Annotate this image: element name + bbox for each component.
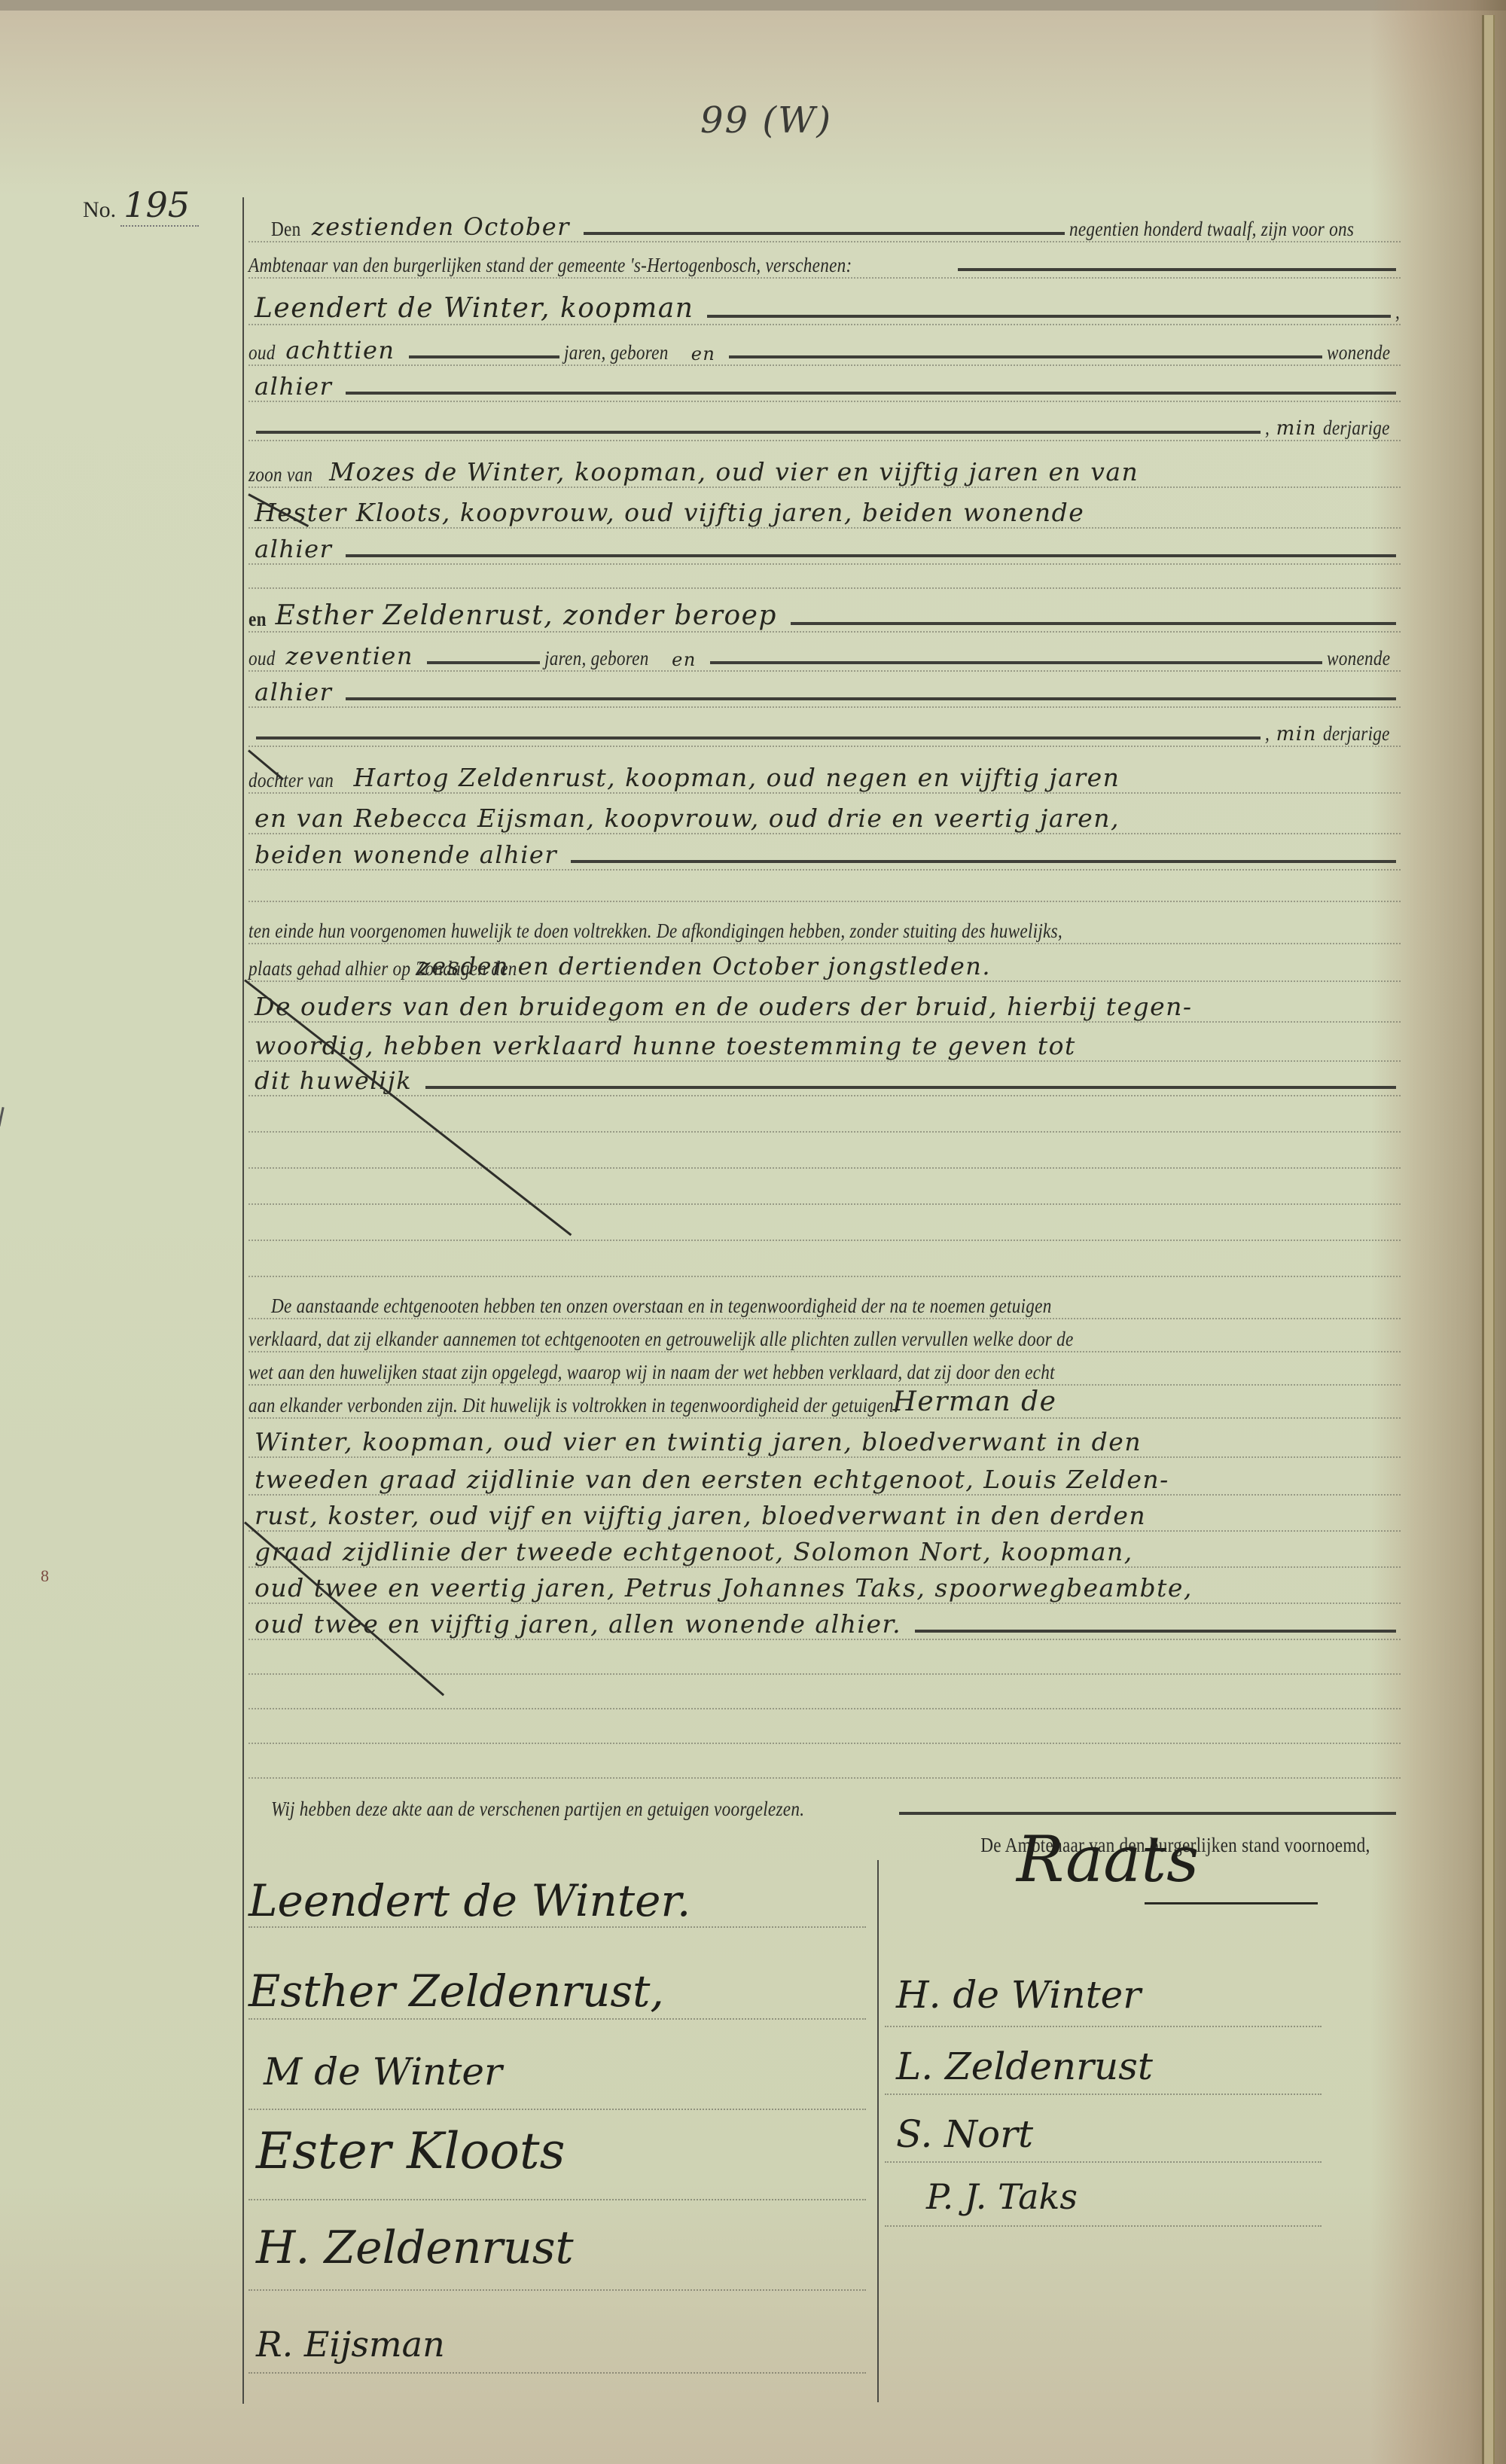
fill-line (427, 661, 540, 664)
witness-text-5: oud twee en veertig jaren, Petrus Johann… (255, 1573, 1193, 1603)
bride-minor: min (1276, 723, 1317, 746)
oud-label: oud (248, 647, 276, 670)
groom-age-line: oud achttien jaren, geboren en wonende (248, 325, 1401, 366)
bride-age: zeventien (285, 642, 413, 670)
year-text: negentien honderd twaalf, zijn voor ons (1069, 218, 1354, 241)
fill-line (346, 554, 1396, 557)
zoon-van-label: zoon van (248, 463, 312, 486)
proclamation-line-1: ten einde hun voorgenomen huwelijk te do… (248, 902, 1401, 944)
book-binding-edge (1482, 15, 1495, 2464)
blank-line (248, 871, 1401, 902)
blank-line (248, 1096, 1401, 1133)
fill-line (791, 622, 1396, 625)
signature-rule (885, 2161, 1322, 2163)
signature-rule (248, 2372, 866, 2374)
declaration-text-3: wet aan den huwelijken staat zijn opgele… (248, 1361, 1055, 1384)
blank-line (248, 1709, 1401, 1744)
declaration-text-2: verklaard, dat zij elkander aannemen tot… (248, 1328, 1074, 1351)
act-number-value: 195 (120, 184, 199, 227)
signature-groom-mother: Ester Kloots (256, 2122, 565, 2180)
margin-rule (242, 197, 244, 2404)
signature-official: Raats (1017, 1822, 1199, 1896)
den-label: Den (271, 218, 300, 241)
date-handwritten: zestienden October (312, 212, 570, 241)
witness-line-5: oud twee en veertig jaren, Petrus Johann… (248, 1568, 1401, 1604)
signature-rule (885, 2093, 1322, 2095)
marriage-record-form: Den zestienden October negentien honderd… (248, 196, 1401, 1857)
blank-line (248, 1133, 1401, 1169)
act-number-label: No. (83, 197, 116, 222)
witness-line-3: rust, koster, oud vijf en vijftig jaren,… (248, 1496, 1401, 1532)
blank-line (248, 565, 1401, 589)
signature-rule (248, 2109, 866, 2110)
witness-text-4: graad zijdlinie der tweede echtgenoot, S… (255, 1537, 1133, 1566)
declaration-line-3: wet aan den huwelijken staat zijn opgele… (248, 1352, 1401, 1386)
signature-rule (248, 2018, 866, 2020)
witness-line-4: graad zijdlinie der tweede echtgenoot, S… (248, 1532, 1401, 1568)
witness-line-6: oud twee en vijftig jaren, allen wonende… (248, 1604, 1401, 1640)
fill-line (958, 268, 1396, 271)
signature-rule (885, 2026, 1322, 2027)
oud-label: oud (248, 341, 276, 364)
bride-residence-line: alhier (248, 672, 1401, 708)
official-text: Ambtenaar van den burgerlijken stand der… (248, 254, 852, 277)
bride-parents-line-3: beiden wonende alhier (248, 834, 1401, 871)
witness-text-1: Winter, koopman, oud vier en twintig jar… (255, 1427, 1142, 1456)
fill-line (584, 232, 1065, 235)
blank-line (248, 1675, 1401, 1709)
witness-text-2: tweeden graad zijdlinie van den eersten … (255, 1465, 1169, 1494)
parents-consent-2: woordig, hebben verklaard hunne toestemm… (255, 1031, 1076, 1060)
declaration-line-1: De aanstaande echtgenooten hebben ten on… (248, 1277, 1401, 1319)
fill-line (346, 392, 1396, 395)
witness-line-1: Winter, koopman, oud vier en twintig jar… (248, 1419, 1401, 1458)
parents-consent-1: De ouders van den bruidegom en de ouders… (255, 992, 1193, 1021)
derjarige-label: derjarige (1323, 722, 1390, 746)
groom-parents-line-2: Hester Kloots, koopvrouw, oud vijftig ja… (248, 488, 1401, 529)
groom-residence: alhier (255, 372, 332, 401)
proclamation-line-5: dit huwelijk (248, 1062, 1401, 1096)
dochter-van-label: dochter van (248, 769, 334, 792)
bride-name: Esther Zeldenrust, zonder beroep (276, 600, 777, 631)
proclamation-text-1: ten einde hun voorgenomen huwelijk te do… (248, 919, 1062, 943)
signature-bride-mother: R. Eijsman (256, 2324, 445, 2365)
groom-parents-3: alhier (255, 535, 332, 563)
signature-witness-3: S. Nort (896, 2112, 1033, 2156)
groom-parents-line-3: alhier (248, 529, 1401, 565)
signature-bride-father: H. Zeldenrust (256, 2222, 574, 2274)
signature-divider (877, 1860, 879, 2402)
bride-parents-3: beiden wonende alhier (255, 840, 557, 869)
fill-line (915, 1630, 1396, 1633)
folio-number: 99 (W) (700, 99, 832, 142)
official-underline (1145, 1902, 1318, 1904)
proclamation-line-2: plaats gehad alhier op Zondagen den zesd… (248, 944, 1401, 982)
bride-name-line: en Esther Zeldenrust, zonder beroep (248, 589, 1401, 633)
bride-minor-line: ,min derjarige (248, 708, 1401, 747)
margin-tick (0, 1107, 5, 1127)
fill-line (707, 315, 1391, 318)
derjarige-label: derjarige (1323, 416, 1390, 440)
witness-text-3: rust, koster, oud vijf en vijftig jaren,… (255, 1501, 1146, 1530)
groom-age: achttien (285, 336, 395, 364)
fill-line (571, 860, 1396, 863)
bride-age-line: oud zeventien jaren, geboren en wonende (248, 633, 1401, 672)
groom-birthplace: en (691, 343, 716, 364)
signature-rule (248, 1926, 866, 1928)
declaration-line-2: verklaard, dat zij elkander aannemen tot… (248, 1319, 1401, 1352)
groom-minor-line: ,min derjarige (248, 402, 1401, 441)
fill-line (409, 355, 559, 358)
groom-name: Leendert de Winter, koopman (255, 293, 694, 324)
date-line: Den zestienden October negentien honderd… (248, 196, 1401, 242)
signature-witness-2: L. Zeldenrust (896, 2045, 1153, 2088)
fill-line (729, 355, 1322, 358)
groom-name-line: Leendert de Winter, koopman , (248, 279, 1401, 325)
signature-groom-father: M de Winter (264, 2050, 502, 2093)
declaration-line-4: aan elkander verbonden zijn. Dit huwelij… (248, 1386, 1401, 1419)
fill-line (710, 661, 1322, 664)
signature-witness-4: P. J. Taks (926, 2176, 1078, 2217)
wonende-label: wonende (1327, 341, 1390, 364)
act-number: No.195 (83, 184, 199, 225)
groom-parents-2: Hester Kloots, koopvrouw, oud vijftig ja… (255, 498, 1084, 527)
bride-parents-2: en van Rebecca Eijsman, koopvrouw, oud d… (255, 804, 1120, 833)
signature-bride: Esther Zeldenrust, (248, 1965, 664, 2017)
groom-residence-line: alhier (248, 366, 1401, 402)
blank-line (248, 1205, 1401, 1241)
fill-line (425, 1086, 1396, 1089)
official-line: Ambtenaar van den burgerlijken stand der… (248, 242, 1401, 279)
blank-line (248, 1640, 1401, 1675)
signature-witness-1: H. de Winter (896, 1973, 1141, 2017)
witness-start: Herman de (893, 1386, 1057, 1417)
fill-line (256, 431, 1261, 434)
witness-line-2: tweeden graad zijdlinie van den eersten … (248, 1458, 1401, 1496)
fill-line (256, 736, 1261, 740)
groom-parents-1: Mozes de Winter, koopman, oud vier en vi… (329, 457, 1139, 486)
jaren-geboren-label: jaren, geboren (544, 647, 649, 670)
signature-rule (248, 2289, 866, 2291)
blank-line (248, 1241, 1401, 1277)
declaration-text-4: aan elkander verbonden zijn. Dit huwelij… (248, 1394, 900, 1417)
declaration-text-1: De aanstaande echtgenooten hebben ten on… (271, 1295, 1052, 1318)
fill-line (346, 697, 1396, 700)
groom-minor: min (1276, 417, 1317, 440)
bride-residence: alhier (255, 678, 332, 706)
proclamation-text-2: plaats gehad alhier op Zondagen den (248, 957, 517, 980)
bride-birthplace: en (672, 649, 697, 670)
blank-line (248, 1169, 1401, 1205)
proclamation-line-3: De ouders van den bruidegom en de ouders… (248, 982, 1401, 1023)
bride-parents-line-2: en van Rebecca Eijsman, koopvrouw, oud d… (248, 794, 1401, 834)
top-shadow (0, 0, 1506, 11)
bride-parents-line-1: dochter van Hartog Zeldenrust, koopman, … (248, 747, 1401, 794)
blank-line (248, 1744, 1401, 1779)
signature-rule (885, 2225, 1322, 2227)
en-label: en (248, 608, 267, 631)
signature-groom: Leendert de Winter. (248, 1875, 691, 1926)
wonende-label: wonende (1327, 647, 1390, 670)
groom-parents-line-1: zoon van Mozes de Winter, koopman, oud v… (248, 441, 1401, 488)
jaren-geboren-label: jaren, geboren (564, 341, 669, 364)
signature-section: Leendert de Winter. Esther Zeldenrust, M… (248, 1815, 1401, 2417)
signature-rule (248, 2199, 866, 2200)
bride-parents-1: Hartog Zeldenrust, koopman, oud negen en… (354, 763, 1120, 792)
margin-mark: 8 (41, 1566, 49, 1586)
proclamation-line-4: woordig, hebben verklaard hunne toestemm… (248, 1023, 1401, 1062)
